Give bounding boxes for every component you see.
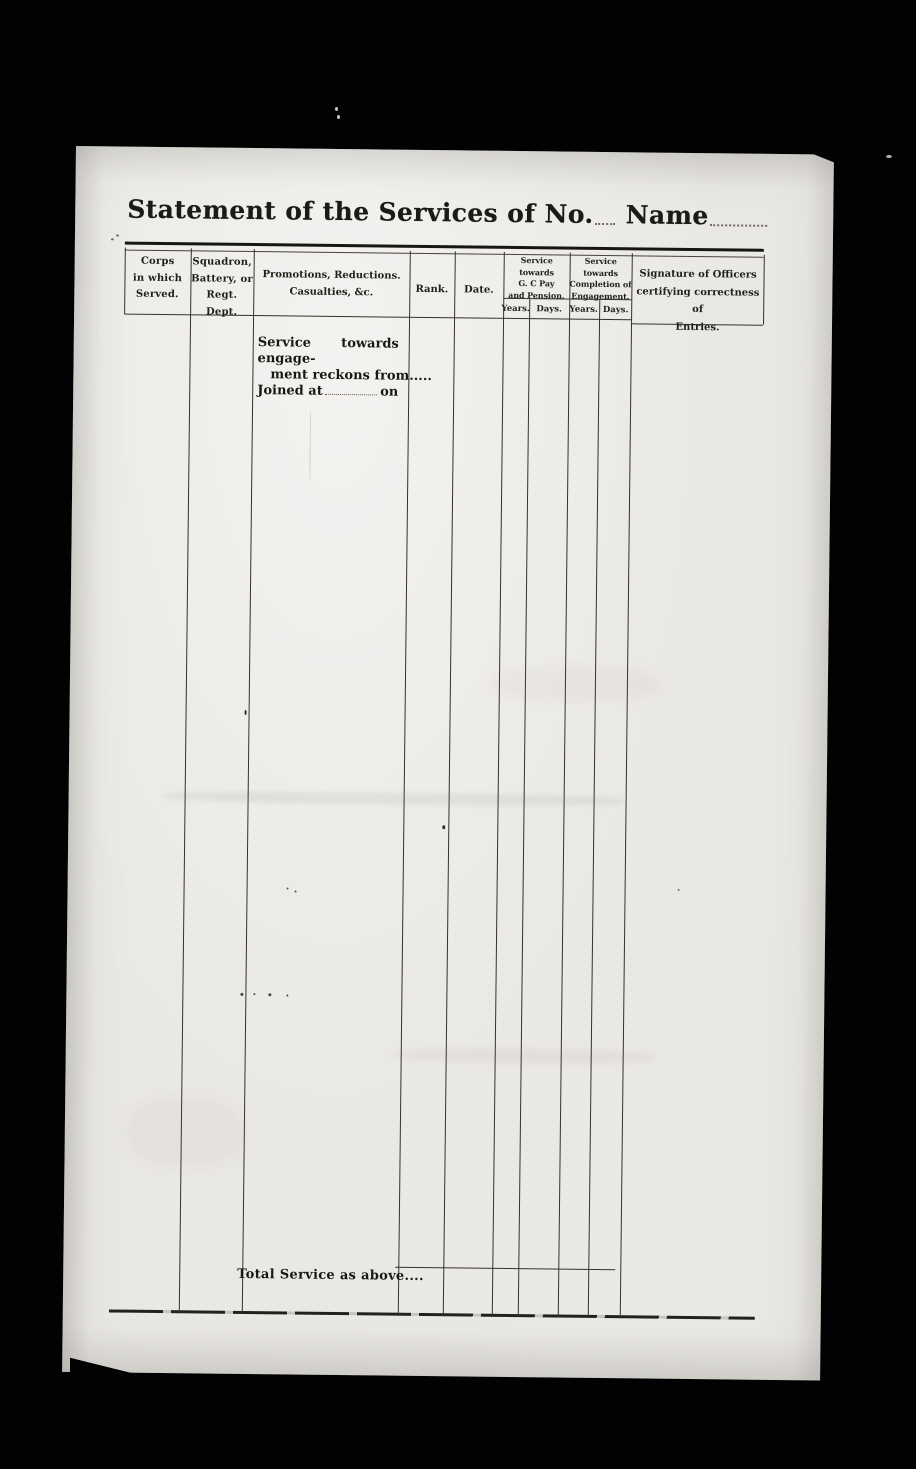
header-date: Date. <box>454 281 503 299</box>
column-line-rank-date <box>443 251 456 1316</box>
ghost-smudge <box>124 1097 245 1168</box>
title-statement-label: Statement of the Services of No. <box>127 195 594 229</box>
ink-speck <box>287 887 289 889</box>
column-line-squadron-promotions <box>242 249 255 1314</box>
scan-speck <box>337 115 340 119</box>
header-promotions: Promotions, Reductions. Casualties, &c. <box>255 266 407 302</box>
column-line-date-gcpay <box>492 252 505 1317</box>
ink-speck <box>245 710 247 715</box>
engagement-note: Service towards engage- ment reckons fro… <box>257 335 399 401</box>
ghost-smudge <box>396 1048 656 1065</box>
ink-speck <box>253 993 255 995</box>
scan-speck <box>335 107 338 111</box>
ink-speck <box>240 993 243 996</box>
engagement-note-line2: ment reckons from..... <box>257 367 398 385</box>
ghost-smudge <box>164 790 624 807</box>
column-line-engagement-years-days <box>588 300 601 1318</box>
total-service-label: Total Service as above.... <box>237 1267 424 1284</box>
column-line-gcpay-years-days <box>518 299 531 1317</box>
ink-speck <box>442 825 445 829</box>
ink-speck <box>678 889 680 891</box>
engagement-note-line1: Service towards engage- <box>258 335 399 369</box>
header-engagement-years: Years. <box>568 305 599 315</box>
ink-speck <box>309 411 312 483</box>
ink-speck <box>286 994 288 996</box>
paper-corner-notch <box>809 152 835 166</box>
joined-at-label: Joined at <box>257 383 323 400</box>
joined-at-dotted-line <box>325 394 377 396</box>
pen-mark <box>111 238 114 240</box>
joined-at-suffix: on <box>380 384 398 400</box>
name-dotted-line <box>711 224 768 227</box>
header-engagement-days: Days. <box>600 305 631 315</box>
header-corps: Corps in which Served. <box>124 254 191 304</box>
header-engagement-group: Service towards Completion of Engagement… <box>568 256 633 303</box>
header-gcpay-days: Days. <box>530 304 568 314</box>
header-squadron: Squadron, Battery, or Regt. Dept. <box>190 254 254 321</box>
scanned-page-background: Statement of the Services of No. Name <box>0 0 916 1469</box>
table-bottom-rule <box>109 1309 755 1319</box>
scan-speck <box>886 155 892 158</box>
header-gcpay-group: Service towards G. C Pay and Pension. <box>502 255 571 302</box>
page-title: Statement of the Services of No. Name <box>127 195 767 231</box>
ink-speck <box>268 993 271 996</box>
number-dotted-line <box>595 223 615 225</box>
header-gcpay-years: Years. <box>501 304 530 314</box>
column-line-promotions-rank <box>398 251 411 1316</box>
joined-at-line: Joined at on <box>257 383 398 401</box>
column-line-gcpay-engagement <box>558 253 571 1318</box>
header-rank: Rank. <box>409 281 454 299</box>
ghost-smudge <box>490 666 660 702</box>
title-name-label: Name <box>626 200 709 230</box>
ink-speck <box>295 891 297 893</box>
paper-sheet: Statement of the Services of No. Name <box>62 146 834 1381</box>
column-line-engagement-signature <box>620 253 633 1318</box>
header-signature: Signature of Officers certifying correct… <box>632 265 764 336</box>
total-row-line <box>395 1267 615 1270</box>
pen-mark <box>116 234 119 236</box>
